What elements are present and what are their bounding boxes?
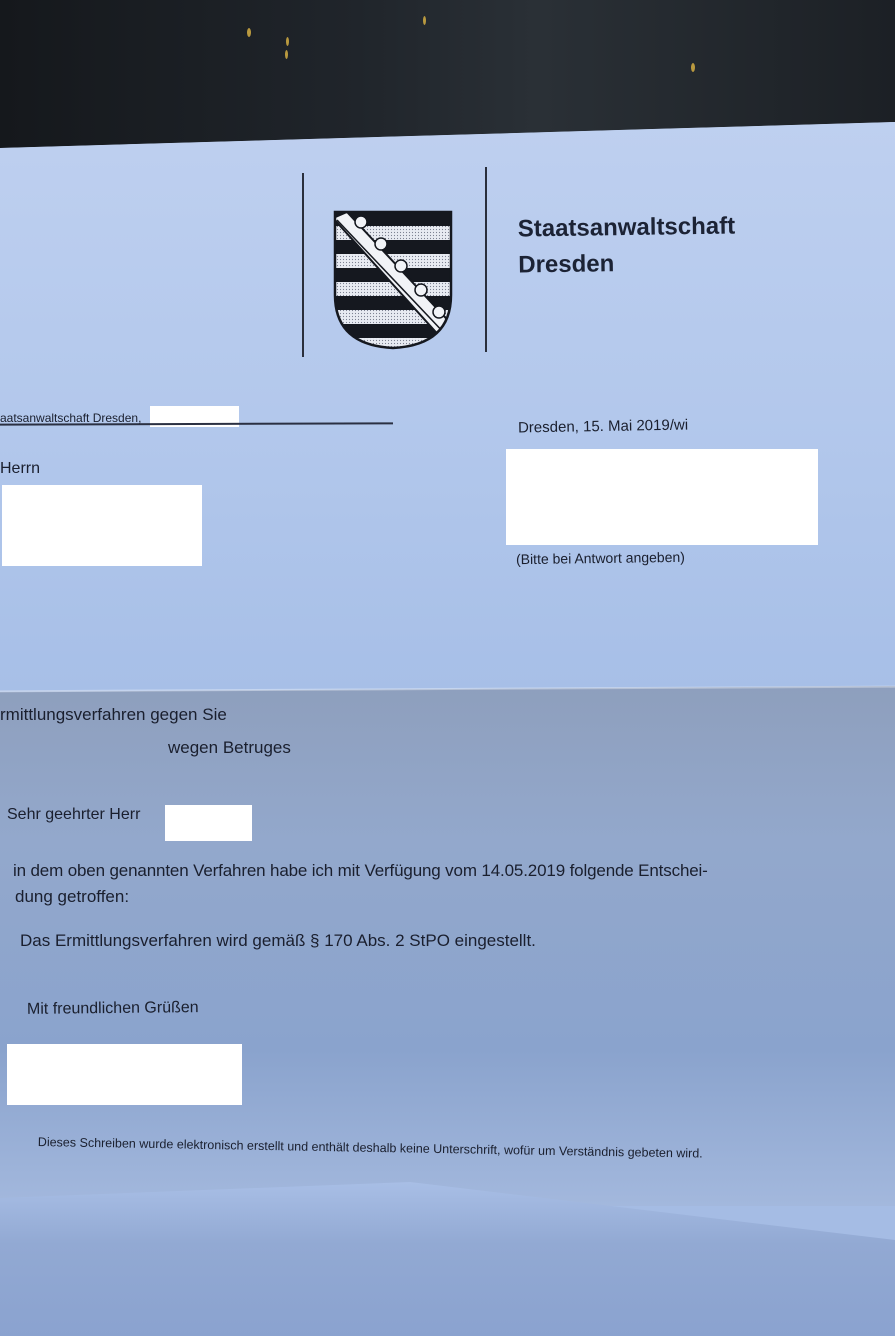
subject-line-1: rmittlungsverfahren gegen Sie [0,705,227,725]
authority-name: Staatsanwaltschaft Dresden [518,208,736,283]
redacted-recipient-address [2,485,202,566]
letterhead-divider-left [302,173,304,357]
redacted-recipient-name [165,805,252,841]
body-paragraph-line-2: dung getroffen: [15,887,129,907]
body-paragraph-line-1: in dem oben genannten Verfahren habe ich… [13,861,708,881]
greeting: Sehr geehrter Herr [7,806,140,824]
speck [423,16,426,25]
authority-line-2: Dresden [518,244,736,283]
speck [286,37,289,46]
decision-statement: Das Ermittlungsverfahren wird gemäß § 17… [20,931,536,951]
saxony-coat-of-arms-icon [333,210,453,350]
subject-line-2: wegen Betruges [168,738,291,758]
letter-paper [0,0,895,1336]
closing: Mit freundlichen Grüßen [27,999,199,1019]
authority-line-1: Staatsanwaltschaft [518,208,736,247]
speck [247,28,251,37]
redacted-signatory [7,1044,242,1105]
reference-note: (Bitte bei Antwort angeben) [516,549,685,567]
speck [285,50,288,59]
recipient-salutation: Herrn [0,460,40,478]
letterhead-divider-right [485,167,487,352]
redacted-file-number [506,449,818,545]
speck [691,63,695,72]
place-and-date: Dresden, 15. Mai 2019/wi [518,417,688,437]
